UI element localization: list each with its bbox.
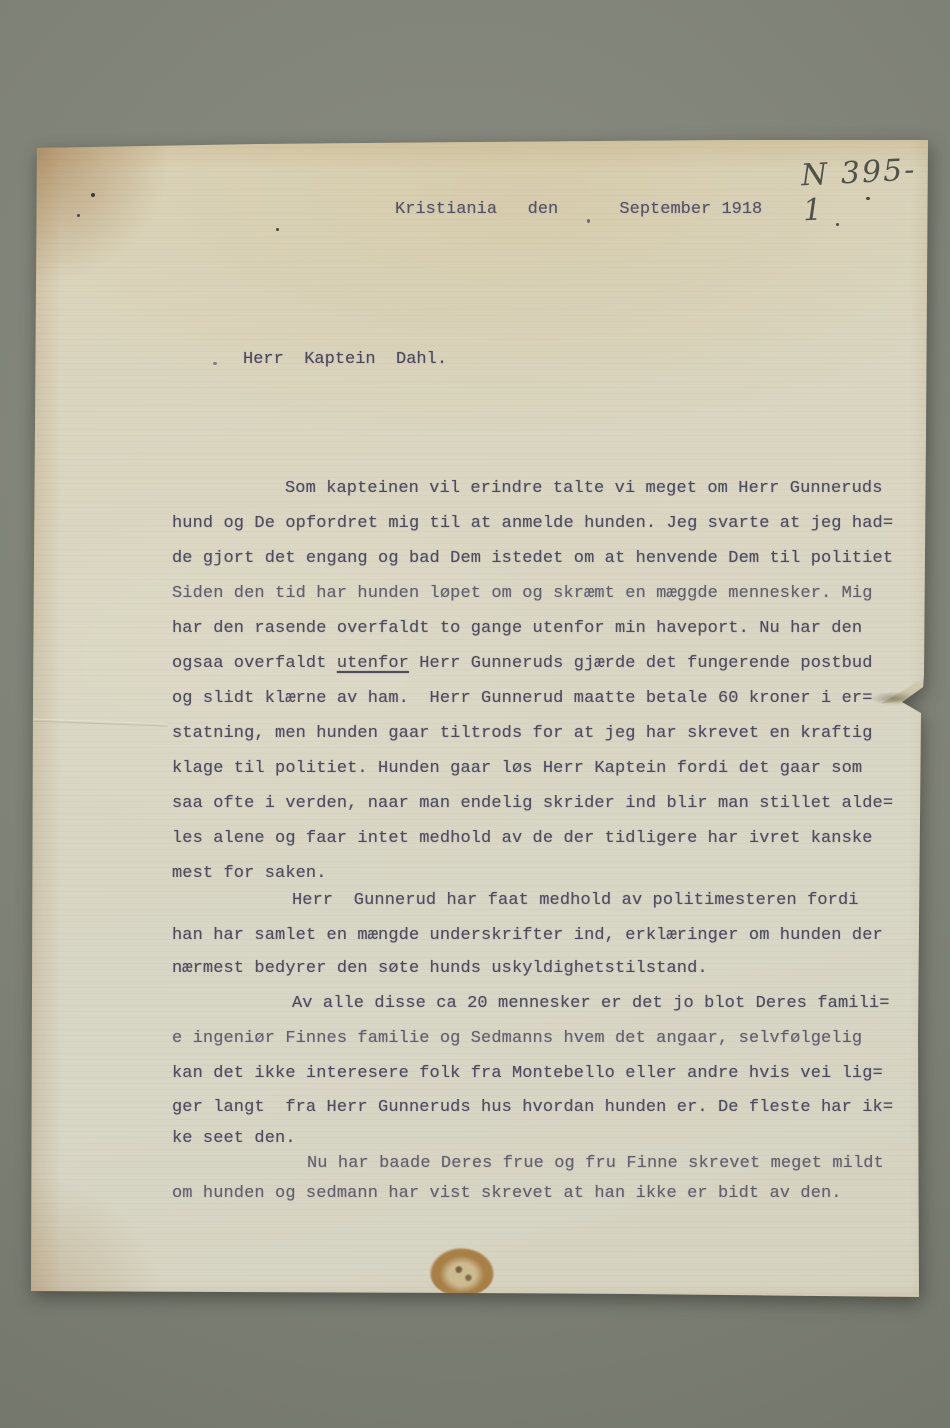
letter-line: saa ofte i verden, naar man endelig skri… xyxy=(172,793,893,815)
dateline: Kristiania den September 1918 xyxy=(395,200,762,219)
letter-line: og slidt klærne av ham. Herr Gunnerud ma… xyxy=(172,688,873,710)
scan-background: N 395-1 Kristiania den September 1918 He… xyxy=(0,0,950,1428)
letter-line: de gjort det engang og bad Dem istedet o… xyxy=(172,548,893,570)
pencil-dot xyxy=(836,223,839,226)
paper-speck xyxy=(91,193,95,197)
letter-line: han har samlet en mængde underskrifter i… xyxy=(172,925,883,947)
letter-line: ger langt fra Herr Gunneruds hus hvordan… xyxy=(172,1097,893,1119)
salutation: Herr Kaptein Dahl. xyxy=(243,350,447,369)
letter-line: om hunden og sedmann har vist skrevet at… xyxy=(172,1183,842,1205)
fold-crease xyxy=(30,718,168,726)
letter-line: e ingeniør Finnes familie og Sedmanns hv… xyxy=(172,1028,862,1050)
paper-speck xyxy=(77,214,80,217)
pencil-dot xyxy=(866,197,870,200)
line-segment: ogsaa overfaldt xyxy=(172,654,337,673)
letter-line: Som kapteinen vil erindre talte vi meget… xyxy=(172,478,883,500)
edge-fold-shadow xyxy=(868,691,920,706)
line-segment: Herr Gunneruds gjærde det fungerende pos… xyxy=(409,654,873,673)
letter-line: har den rasende overfaldt to gange utenf… xyxy=(172,618,862,640)
letter-line: ke seet den. xyxy=(172,1128,296,1150)
ink-stray-mark xyxy=(213,362,217,365)
letter-paper: N 395-1 Kristiania den September 1918 He… xyxy=(30,135,932,1307)
letter-line: Nu har baade Deres frue og fru Finne skr… xyxy=(172,1153,884,1175)
letter-line: statning, men hunden gaar tiltrods for a… xyxy=(172,723,873,745)
paper-shadow: N 395-1 Kristiania den September 1918 He… xyxy=(30,135,932,1307)
letter-line: kan det ikke interesere folk fra Montebe… xyxy=(172,1063,883,1085)
letter-line: Av alle disse ca 20 mennesker er det jo … xyxy=(172,993,890,1015)
letter-line: mest for saken. xyxy=(172,863,327,885)
letter-line: les alene og faar intet medhold av de de… xyxy=(172,828,873,850)
bottom-stain xyxy=(430,1248,494,1296)
underlined-word: utenfor xyxy=(337,654,409,673)
letter-line: Siden den tid har hunden løpet om og skr… xyxy=(172,583,873,605)
archival-annotation: N 395-1 xyxy=(800,152,933,229)
ink-stray-mark xyxy=(587,219,590,223)
paper-speck xyxy=(276,228,279,231)
letter-line: hund og De opfordret mig til at anmelde … xyxy=(172,513,893,535)
letter-line: klage til politiet. Hunden gaar løs Herr… xyxy=(172,758,862,780)
letter-line: ogsaa overfaldt utenfor Herr Gunneruds g… xyxy=(172,653,873,675)
letter-line: nærmest bedyrer den søte hunds uskyldigh… xyxy=(172,958,708,980)
letter-line: Herr Gunnerud har faat medhold av politi… xyxy=(172,890,859,912)
